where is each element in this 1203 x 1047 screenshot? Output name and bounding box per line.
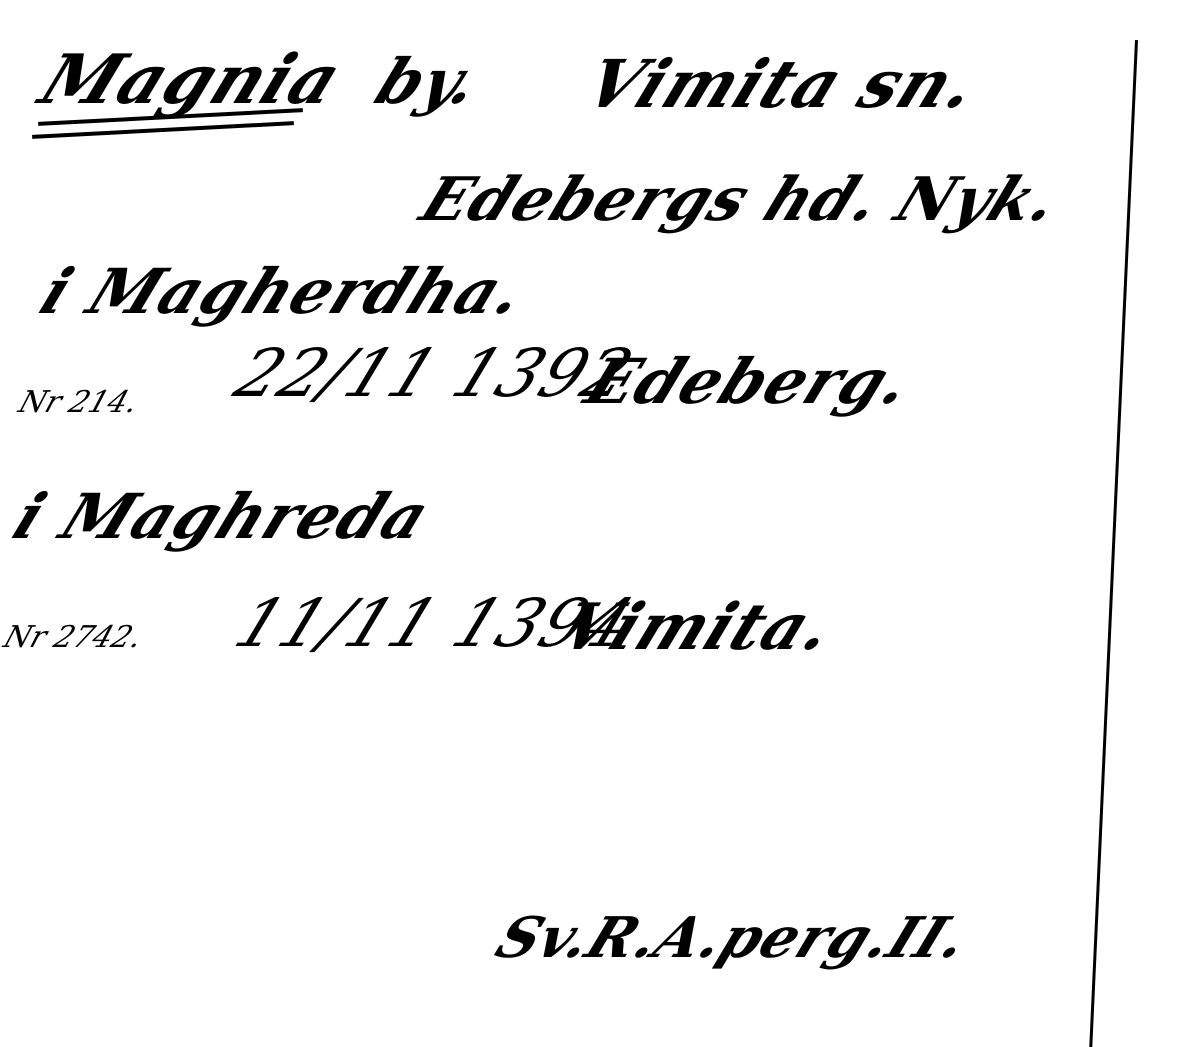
entry-1-place: i Magherdha.	[30, 255, 536, 328]
entry-1-number: Nr 214.	[14, 385, 142, 420]
heading-village: Magnia	[29, 40, 354, 120]
entry-2-issued-at: Vimita.	[550, 590, 845, 665]
entry-2-number: Nr 2742.	[0, 620, 147, 655]
entry-2-place: i Maghreda	[3, 480, 441, 553]
index-card: Magnia by. Vimita sn. Edebergs hd. Nyk. …	[0, 0, 1203, 1047]
heading-village-suffix: by.	[365, 45, 491, 118]
heading-parish: Vimita sn.	[574, 45, 990, 123]
entry-1-issued-at: Edeberg.	[575, 345, 923, 418]
source-reference: Sv.R.A.perg.II.	[487, 905, 979, 971]
card-right-edge	[1089, 40, 1138, 1047]
heading-district: Edebergs hd. Nyk.	[411, 165, 1070, 235]
